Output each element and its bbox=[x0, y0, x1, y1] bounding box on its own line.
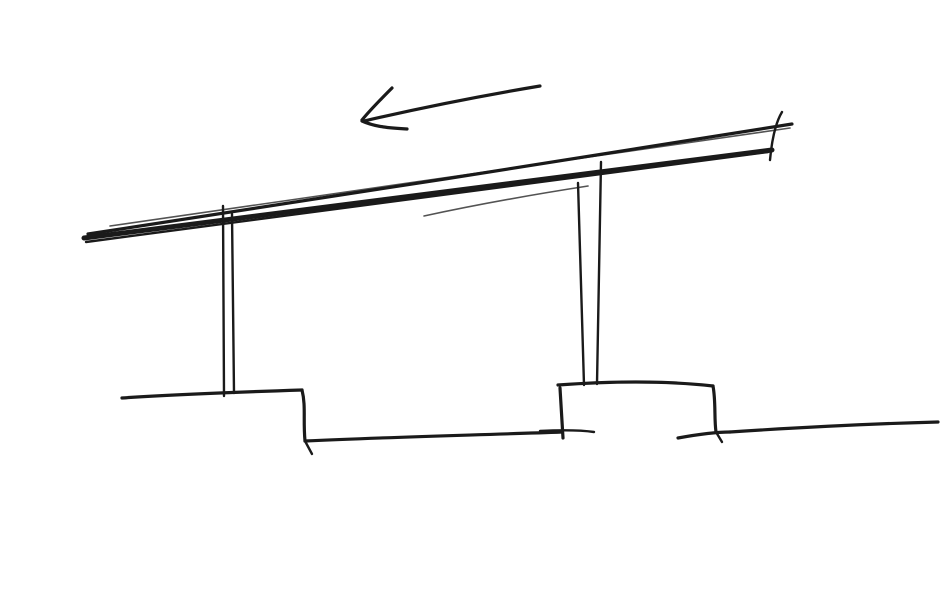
sketch-canvas bbox=[0, 0, 940, 593]
right-footing bbox=[540, 382, 722, 442]
right-post bbox=[578, 162, 601, 385]
left-post bbox=[223, 206, 234, 396]
arrow-left-icon bbox=[362, 86, 540, 129]
roof-beam bbox=[84, 112, 792, 242]
left-footing bbox=[122, 390, 562, 454]
